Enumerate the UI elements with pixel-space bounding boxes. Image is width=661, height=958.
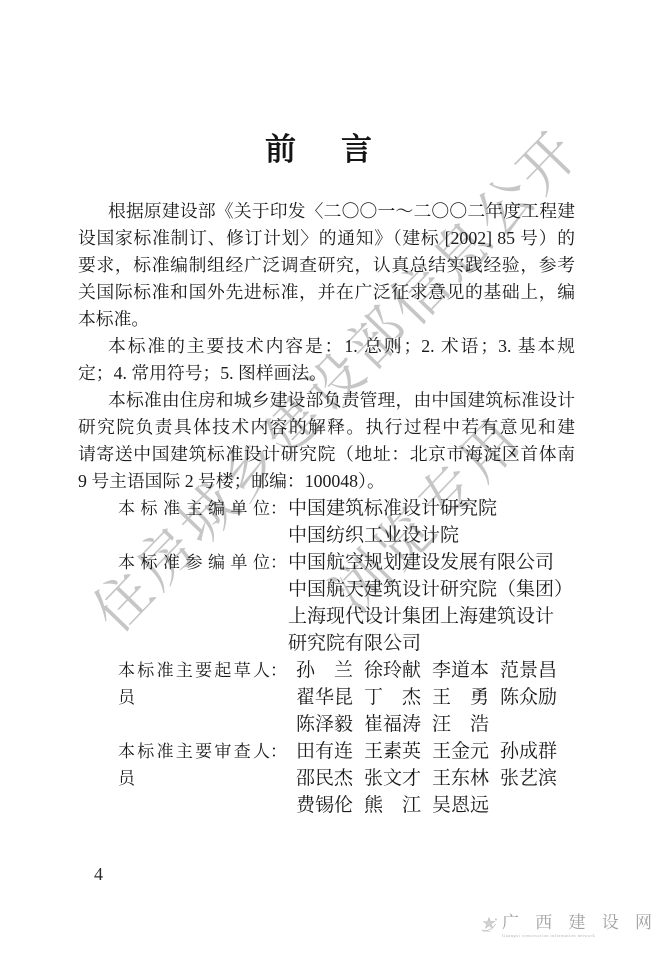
credit-head: 本标准主编单位： [118, 495, 288, 522]
credit-colon: ： [270, 738, 288, 765]
person-name: 陈众励 [500, 684, 557, 711]
body-text: 根据原建设部《关于印发〈二〇〇一～二〇〇二年度工程建 设国家标准制订、修订计划〉… [78, 198, 575, 819]
text-line: 设国家标准制订、修订计划〉的通知》（建标 [2002] 85 号）的 [78, 225, 575, 252]
text-line: 关国际标准和国外先进标准，并在广泛征求意见的基础上，编制 [78, 279, 575, 306]
person-name: 孙 兰 [296, 657, 353, 684]
paragraph-1: 根据原建设部《关于印发〈二〇〇一～二〇〇二年度工程建 设国家标准制订、修订计划〉… [78, 198, 575, 333]
credit-colon: ： [270, 495, 288, 522]
paragraph-3: 本标准由住房和城乡建设部负责管理，由中国建筑标准设计 研究院负责具体技术内容的解… [78, 387, 575, 495]
credit-row-co-editor: 本标准参编单位： 中国航空规划建设发展有限公司 中国航天建筑设计研究院（集团） … [78, 549, 575, 657]
unit-line: 中国航天建筑设计研究院（集团） [288, 576, 575, 603]
text-line: 要求，标准编制组经广泛调查研究，认真总结实践经验，参考有 [78, 252, 575, 279]
credit-label-co-editor: 本标准参编单位 [118, 549, 270, 576]
name-row: 翟华昆 丁 杰 王 勇 陈众励 [288, 684, 575, 711]
unit-line: 中国纺织工业设计院 [288, 522, 575, 549]
credit-head: 本标准参编单位： [118, 549, 288, 576]
person-name: 吴恩远 [432, 792, 489, 819]
unit-line: 中国建筑标准设计研究院 [288, 495, 575, 522]
person-name: 王素英 [364, 738, 421, 765]
name-row: 费锡伦 熊 江 吴恩远 [288, 792, 575, 819]
star-icon [480, 894, 498, 954]
credit-label-drafters: 本标准主要起草人员 [118, 657, 270, 684]
text-line: 本标准由住房和城乡建设部负责管理，由中国建筑标准设计 [78, 387, 575, 414]
text-line: 本标准。 [78, 306, 575, 333]
document-page: 住房城乡建设部信息公开 浏览专用 前 言 根据原建设部《关于印发〈二〇〇一～二〇… [0, 0, 661, 958]
person-name: 张艺滨 [500, 765, 557, 792]
person-name: 邵民杰 [296, 765, 353, 792]
credit-values: 田有连 王素英 王金元 孙成群 邵民杰 张文才 王东林 张艺滨 费锡伦 熊 江 … [288, 738, 575, 819]
person-name: 王 勇 [432, 684, 489, 711]
credit-head: 本标准主要起草人员： [118, 657, 288, 684]
credit-values: 中国航空规划建设发展有限公司 中国航天建筑设计研究院（集团） 上海现代设计集团上… [288, 549, 575, 657]
text-line: 9 号主语国际 2 号楼；邮编：100048）。 [78, 468, 575, 495]
text-line: 定；4. 常用符号；5. 图样画法。 [78, 360, 575, 387]
credit-row-drafters: 本标准主要起草人员： 孙 兰 徐玲献 李道本 范景昌 翟华昆 丁 杰 王 勇 陈… [78, 657, 575, 738]
credit-colon: ： [270, 657, 288, 684]
person-name: 范景昌 [500, 657, 557, 684]
site-name: 广 西 建 设 网 [502, 914, 658, 932]
site-logo: 广 西 建 设 网 Guangxi construction informati… [480, 894, 658, 954]
credit-label-chief-editor: 本标准主编单位 [118, 495, 270, 522]
person-name: 张文才 [364, 765, 421, 792]
person-name: 田有连 [296, 738, 353, 765]
name-row: 孙 兰 徐玲献 李道本 范景昌 [288, 657, 575, 684]
text-line: 请寄送中国建筑标准设计研究院（地址：北京市海淀区首体南路 [78, 441, 575, 468]
name-row: 田有连 王素英 王金元 孙成群 [288, 738, 575, 765]
site-tagline: Guangxi construction information network [502, 932, 658, 939]
person-name: 丁 杰 [364, 684, 421, 711]
title-char-1: 前 [265, 124, 296, 169]
person-name: 徐玲献 [364, 657, 421, 684]
person-name: 翟华昆 [296, 684, 353, 711]
page-title: 前 言 [0, 124, 649, 169]
text-line: 研究院负责具体技术内容的解释。执行过程中若有意见和建议， [78, 414, 575, 441]
person-name: 汪 浩 [432, 711, 489, 738]
text-line: 根据原建设部《关于印发〈二〇〇一～二〇〇二年度工程建 [78, 198, 575, 225]
person-name: 崔福涛 [364, 711, 421, 738]
credit-row-chief-editor: 本标准主编单位： 中国建筑标准设计研究院 中国纺织工业设计院 [78, 495, 575, 549]
credit-label-reviewers: 本标准主要审查人员 [118, 738, 270, 765]
unit-line: 上海现代设计集团上海建筑设计 [288, 603, 575, 630]
person-name: 陈泽毅 [296, 711, 353, 738]
title-char-2: 言 [341, 124, 372, 169]
unit-line: 研究院有限公司 [288, 630, 575, 657]
credit-values: 孙 兰 徐玲献 李道本 范景昌 翟华昆 丁 杰 王 勇 陈众励 陈泽毅 崔福涛 … [288, 657, 575, 738]
person-name: 王金元 [432, 738, 489, 765]
text-line: 本标准的主要技术内容是：1. 总则；2. 术语；3. 基本规 [78, 333, 575, 360]
credit-values: 中国建筑标准设计研究院 中国纺织工业设计院 [288, 495, 575, 549]
name-row: 陈泽毅 崔福涛 汪 浩 [288, 711, 575, 738]
person-name: 熊 江 [364, 792, 421, 819]
logo-text: 广 西 建 设 网 Guangxi construction informati… [502, 914, 658, 939]
credit-colon: ： [270, 549, 288, 576]
credit-head: 本标准主要审查人员： [118, 738, 288, 765]
person-name: 孙成群 [500, 738, 557, 765]
person-name: 王东林 [432, 765, 489, 792]
person-name: 费锡伦 [296, 792, 353, 819]
name-row: 邵民杰 张文才 王东林 张艺滨 [288, 765, 575, 792]
credit-row-reviewers: 本标准主要审查人员： 田有连 王素英 王金元 孙成群 邵民杰 张文才 王东林 张… [78, 738, 575, 819]
person-name: 李道本 [432, 657, 489, 684]
page-number: 4 [94, 864, 103, 885]
paragraph-2: 本标准的主要技术内容是：1. 总则；2. 术语；3. 基本规 定；4. 常用符号… [78, 333, 575, 387]
unit-line: 中国航空规划建设发展有限公司 [288, 549, 575, 576]
